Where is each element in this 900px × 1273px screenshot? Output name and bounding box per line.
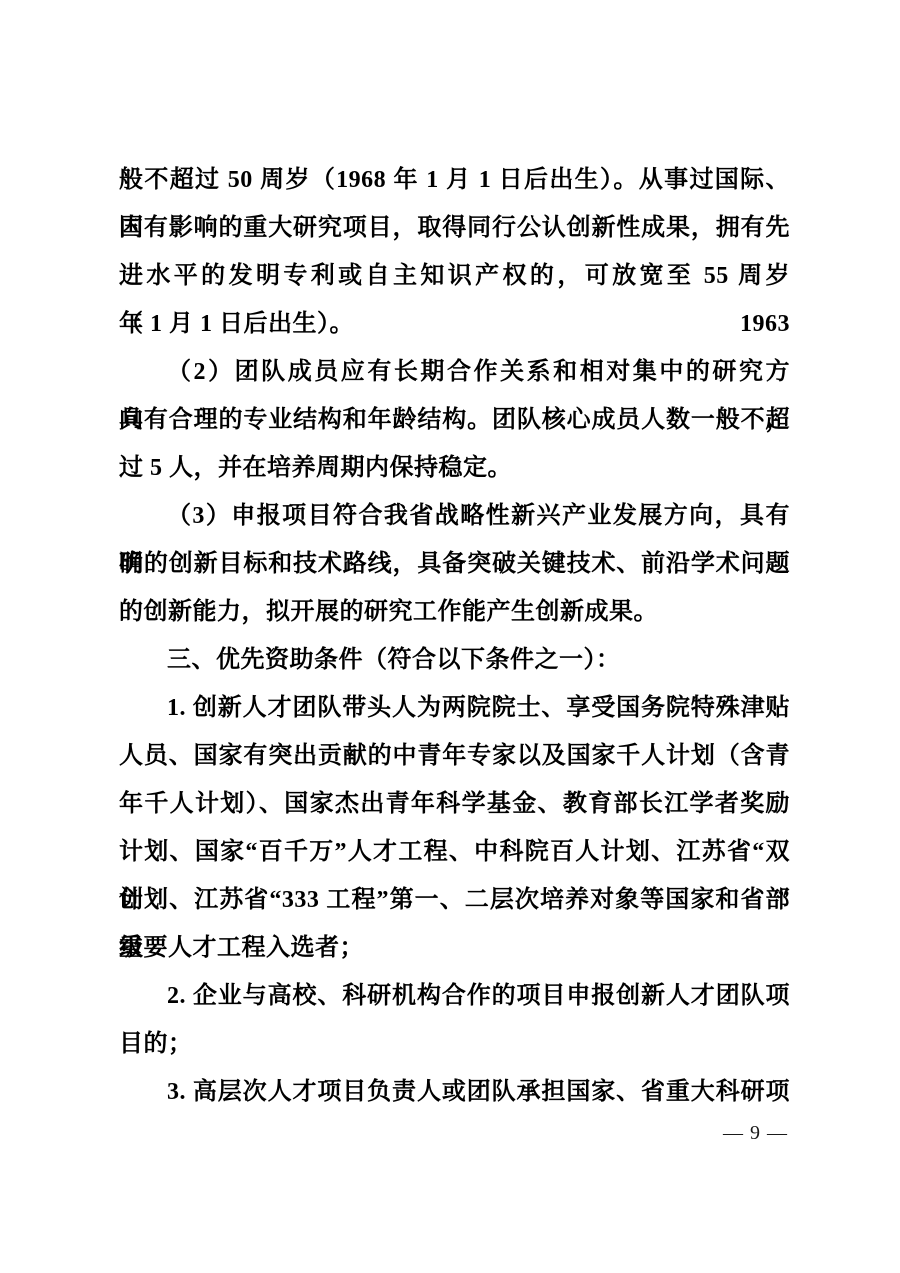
text-line: 般不超过 50 周岁（1968 年 1 月 1 日后出生）。从事过国际、国 [119, 156, 790, 204]
text-line: （2）团队成员应有长期合作关系和相对集中的研究方向， [119, 348, 790, 396]
text-line: 目的； [119, 1020, 790, 1068]
text-line: 人员、国家有突出贡献的中青年专家以及国家千人计划（含青 [119, 732, 790, 780]
text-line: （3）申报项目符合我省战略性新兴产业发展方向，具有明 [119, 492, 790, 540]
text-line: 3. 高层次人才项目负责人或团队承担国家、省重大科研项 [119, 1068, 790, 1116]
text-line: 具有合理的专业结构和年龄结构。团队核心成员人数一般不超 [119, 396, 790, 444]
text-line: 的创新能力，拟开展的研究工作能产生创新成果。 [119, 588, 790, 636]
text-line: 计划、国家“百千万”人才工程、中科院百人计划、江苏省“双创” [119, 828, 790, 876]
text-line: 1. 创新人才团队带头人为两院院士、享受国务院特殊津贴 [119, 684, 790, 732]
text-line: 确的创新目标和技术路线，具备突破关键技术、前沿学术问题 [119, 540, 790, 588]
text-line: 2. 企业与高校、科研机构合作的项目申报创新人才团队项 [119, 972, 790, 1020]
text-line: 进水平的发明专利或自主知识产权的，可放宽至 55 周岁（1963 [119, 252, 790, 300]
text-line: 内有影响的重大研究项目，取得同行公认创新性成果，拥有先 [119, 204, 790, 252]
document-page: 般不超过 50 周岁（1968 年 1 月 1 日后出生）。从事过国际、国 内有… [0, 0, 900, 1273]
text-line: 重要人才工程入选者； [119, 924, 790, 972]
text-line: 年千人计划）、国家杰出青年科学基金、教育部长江学者奖励 [119, 780, 790, 828]
page-number: — 9 — [723, 1122, 788, 1145]
document-body: 般不超过 50 周岁（1968 年 1 月 1 日后出生）。从事过国际、国 内有… [119, 156, 790, 1116]
text-line: 过 5 人，并在培养周期内保持稳定。 [119, 444, 790, 492]
text-line: 计划、江苏省“333 工程”第一、二层次培养对象等国家和省部级 [119, 876, 790, 924]
section-heading-priority-funding: 三、优先资助条件（符合以下条件之一）： [119, 636, 790, 684]
